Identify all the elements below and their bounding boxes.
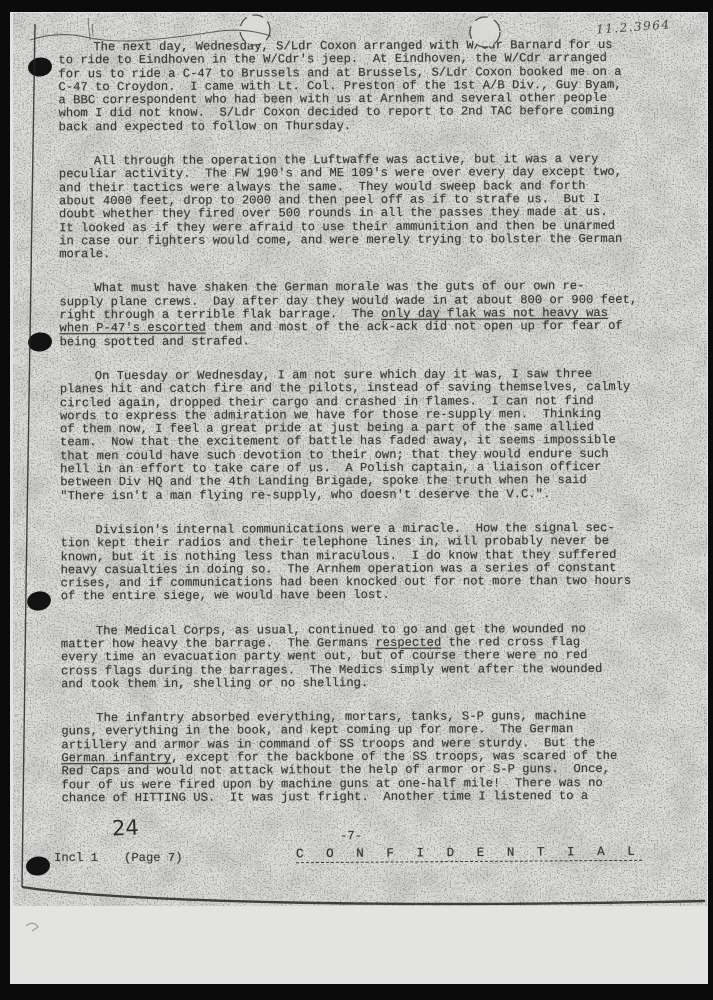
paragraph: The Medical Corps, as usual, continued t… [61,622,661,691]
scanned-document-page: The next day, Wednesday, S/Ldr Coxon arr… [0,0,713,1000]
paragraph: What must have shaken the German morale … [59,280,659,349]
text-line: morale. [59,246,659,262]
paragraph: All through the operation the Luftwaffe … [59,153,659,262]
text-line: of the entire siege, we would have been … [61,588,661,604]
handwritten-page-number: 24 [112,816,140,841]
incl-label: Incl 1 [54,851,98,865]
text-segment: "There isn't a man flying re-supply, who… [60,487,550,503]
text-segment: them and most of the ack-ack did not ope… [206,319,623,335]
paragraph: The next day, Wednesday, S/Ldr Coxon arr… [58,39,658,135]
text-segment: and took them in, shelling or no shellin… [61,676,368,691]
page-label: (Page 7) [124,851,183,865]
text-segment: morale. [59,247,110,261]
text-line: "There isn't a man flying re-supply, who… [60,487,660,503]
paragraph: On Tuesday or Wednesday, I am not sure w… [60,368,661,504]
text-segment: in case our fighters would come, and wer… [59,232,622,248]
text-line: back and expected to follow on Thursday. [59,118,659,134]
text-segment: of the entire siege, we would have been … [61,588,390,603]
classification-stamp: C O N F I D E N T I A L [296,845,642,863]
typed-page-number: -7- [340,829,362,843]
text-line: being spotted and strafed. [60,333,660,349]
text-segment: being spotted and strafed. [60,334,250,349]
paragraph: Division's internal communications were … [60,522,660,604]
text-line: in case our fighters would come, and wer… [59,233,659,249]
text-segment: chance of HITTING US. It was just fright… [62,789,589,805]
text-line: and took them in, shelling or no shellin… [61,676,661,692]
typewritten-body-text: The next day, Wednesday, S/Ldr Coxon arr… [58,39,661,827]
text-line: chance of HITTING US. It was just fright… [62,790,662,806]
text-segment: back and expected to follow on Thursday. [59,119,352,134]
paragraph: The infantry absorbed everything, mortar… [61,710,661,806]
